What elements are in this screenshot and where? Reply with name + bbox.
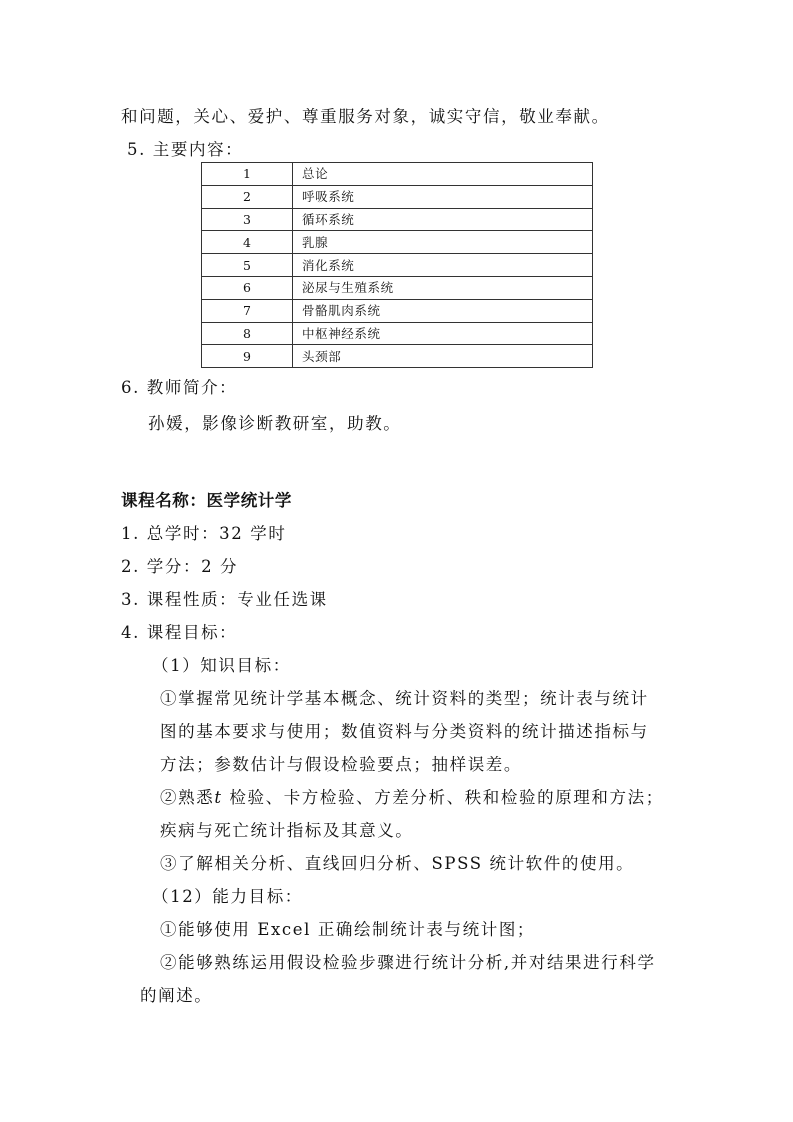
course-credits: 2. 学分：2 分 [121, 556, 238, 578]
knowledge-item-1-line-1: ①掌握常见统计学基本概念、统计资料的类型；统计表与统计 [160, 688, 649, 710]
row-number: 6 [202, 276, 293, 299]
table-row: 8中枢神经系统 [202, 322, 593, 345]
row-number: 7 [202, 299, 293, 322]
ability-item-2-line-2: 的阐述。 [140, 985, 212, 1007]
row-number: 8 [202, 322, 293, 345]
section-6-heading: 6. 教师简介： [121, 377, 237, 399]
knowledge-objectives-heading: （1）知识目标： [152, 655, 291, 677]
main-content-table: 1总论 2呼吸系统 3循环系统 4乳腺 5消化系统 6泌尿与生殖系统 7骨骼肌肉… [201, 162, 593, 368]
table-row: 7骨骼肌肉系统 [202, 299, 593, 322]
knowledge-item-2-line-1: ②熟悉t 检验、卡方检验、方差分析、秩和检验的原理和方法； [160, 787, 664, 809]
row-topic: 消化系统 [293, 254, 593, 277]
row-number: 5 [202, 254, 293, 277]
table-row: 4乳腺 [202, 231, 593, 254]
row-topic: 总论 [293, 163, 593, 186]
row-topic: 泌尿与生殖系统 [293, 276, 593, 299]
knowledge-item-2-rest: 检验、卡方检验、方差分析、秩和检验的原理和方法； [223, 788, 664, 807]
row-number: 3 [202, 208, 293, 231]
row-number: 9 [202, 345, 293, 368]
knowledge-item-2-prefix: ②熟悉 [160, 788, 214, 807]
course-nature: 3. 课程性质：专业任选课 [121, 589, 328, 611]
row-number: 2 [202, 185, 293, 208]
table-row: 5消化系统 [202, 254, 593, 277]
t-test-symbol: t [214, 788, 222, 807]
teacher-intro: 孙媛，影像诊断教研室，助教。 [148, 413, 401, 435]
ability-objectives-heading: （12）能力目标： [152, 886, 303, 908]
table-row: 2呼吸系统 [202, 185, 593, 208]
row-number: 1 [202, 163, 293, 186]
knowledge-item-1-line-3: 方法；参数估计与假设检验要点；抽样误差。 [160, 754, 522, 776]
course-objectives-heading: 4. 课程目标： [121, 622, 237, 644]
table-row: 9头颈部 [202, 345, 593, 368]
course-title: 课程名称：医学统计学 [121, 490, 292, 512]
row-topic: 头颈部 [293, 345, 593, 368]
continuation-text: 和问题，关心、爱护、尊重服务对象，诚实守信，敬业奉献。 [121, 106, 610, 128]
table-row: 3循环系统 [202, 208, 593, 231]
course-hours: 1. 总学时：32 学时 [121, 523, 286, 545]
ability-item-2-line-1: ②能够熟练运用假设检验步骤进行统计分析,并对结果进行科学 [160, 952, 656, 974]
row-topic: 中枢神经系统 [293, 322, 593, 345]
row-topic: 骨骼肌肉系统 [293, 299, 593, 322]
knowledge-item-3: ③了解相关分析、直线回归分析、SPSS 统计软件的使用。 [160, 853, 634, 875]
section-5-heading: 5. 主要内容： [127, 139, 243, 161]
row-topic: 循环系统 [293, 208, 593, 231]
row-number: 4 [202, 231, 293, 254]
table-row: 6泌尿与生殖系统 [202, 276, 593, 299]
knowledge-item-2-line-2: 疾病与死亡统计指标及其意义。 [160, 820, 413, 842]
table-row: 1总论 [202, 163, 593, 186]
knowledge-item-1-line-2: 图的基本要求与使用；数值资料与分类资料的统计描述指标与 [160, 721, 649, 743]
ability-item-1: ①能够使用 Excel 正确绘制统计表与统计图； [160, 919, 535, 941]
row-topic: 呼吸系统 [293, 185, 593, 208]
row-topic: 乳腺 [293, 231, 593, 254]
